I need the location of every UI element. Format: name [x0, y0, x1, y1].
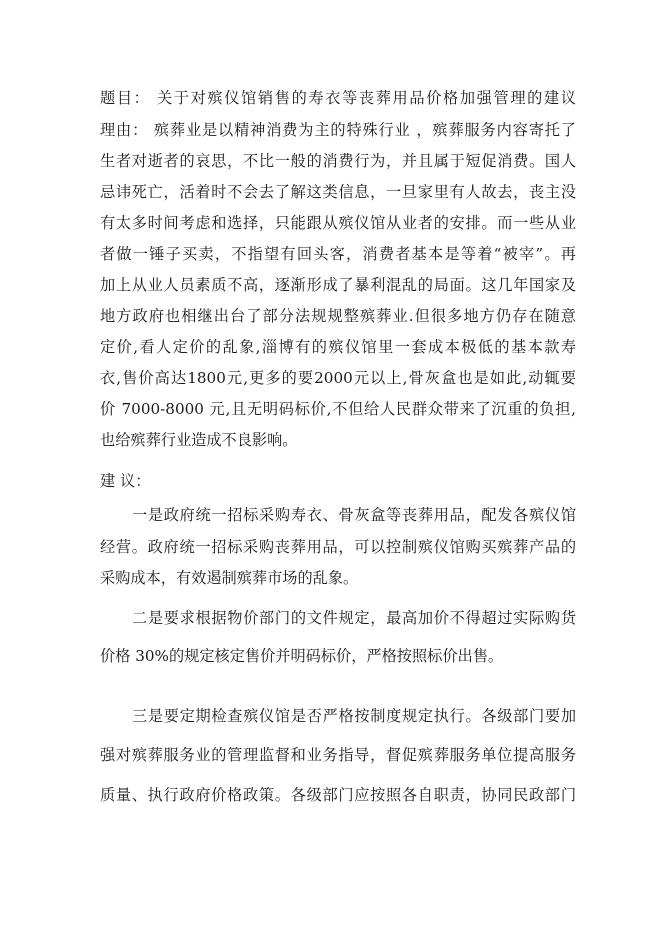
body-line: 价 7000-8000 元,且无明码标价,不但给人民群众带来了沉重的负担, — [100, 398, 576, 420]
suggestion-2-line: 二是要求根据物价部门的文件规定，最高加价不得超过实际购货 — [132, 607, 576, 629]
suggestion-1-line: 经营。政府统一招标采购丧葬用品，可以控制殡仪馆购买殡葬产品的 — [100, 536, 576, 558]
body-line: 衣,售价高达1800元,更多的要2000元以上,骨灰盒也是如此,动辄要 — [100, 367, 576, 389]
body-line: 定价,看人定价的乱象,淄博有的殡仪馆里一套成本极低的基本款寿 — [100, 336, 576, 358]
body-line: 生者对逝者的哀思，不比一般的消费行为，并且属于短促消费。国人 — [100, 150, 576, 172]
suggestion-3-line: 三是要定期检查殡仪馆是否严格按制度规定执行。各级部门要加 — [132, 705, 576, 727]
body-line: 者做一锤子买卖，不指望有回头客，消费者基本是等着“被宰”。再 — [100, 243, 576, 265]
suggestion-2-line: 价格 30%的规定核定售价并明码标价，严格按照标价出售。 — [100, 645, 576, 667]
body-line: 有太多时间考虑和选择，只能跟从殡仪馆从业者的安排。而一些从业 — [100, 212, 576, 234]
suggestion-3-line: 质量、执行政府价格政策。各级部门应按照各自职责，协同民政部门 — [100, 784, 576, 806]
reason-line: 理由： 殡葬业是以精神消费为主的特殊行业 ，殡葬服务内容寄托了 — [100, 119, 576, 141]
suggestion-3-line: 强对殡葬服务业的管理监督和业务指导，督促殡葬服务单位提高服务 — [100, 744, 576, 766]
body-line: 也给殡葬行业造成不良影响。 — [100, 429, 576, 451]
body-line: 地方政府也相继出台了部分法规规整殡葬业.但很多地方仍存在随意 — [100, 305, 576, 327]
suggestion-heading: 建 议： — [100, 470, 576, 492]
suggestion-1-line: 一是政府统一招标采购寿衣、骨灰盒等丧葬用品，配发各殡仪馆 — [132, 504, 576, 526]
body-line: 加上从业人员素质不高，逐渐形成了暴利混乱的局面。这几年国家及 — [100, 274, 576, 296]
suggestion-1-line: 采购成本，有效遏制殡葬市场的乱象。 — [100, 567, 576, 589]
body-line: 忌讳死亡，活着时不会去了解这类信息，一旦家里有人故去，丧主没 — [100, 181, 576, 203]
title-line: 题目： 关于对殡仪馆销售的寿衣等丧葬用品价格加强管理的建议 — [100, 87, 576, 109]
